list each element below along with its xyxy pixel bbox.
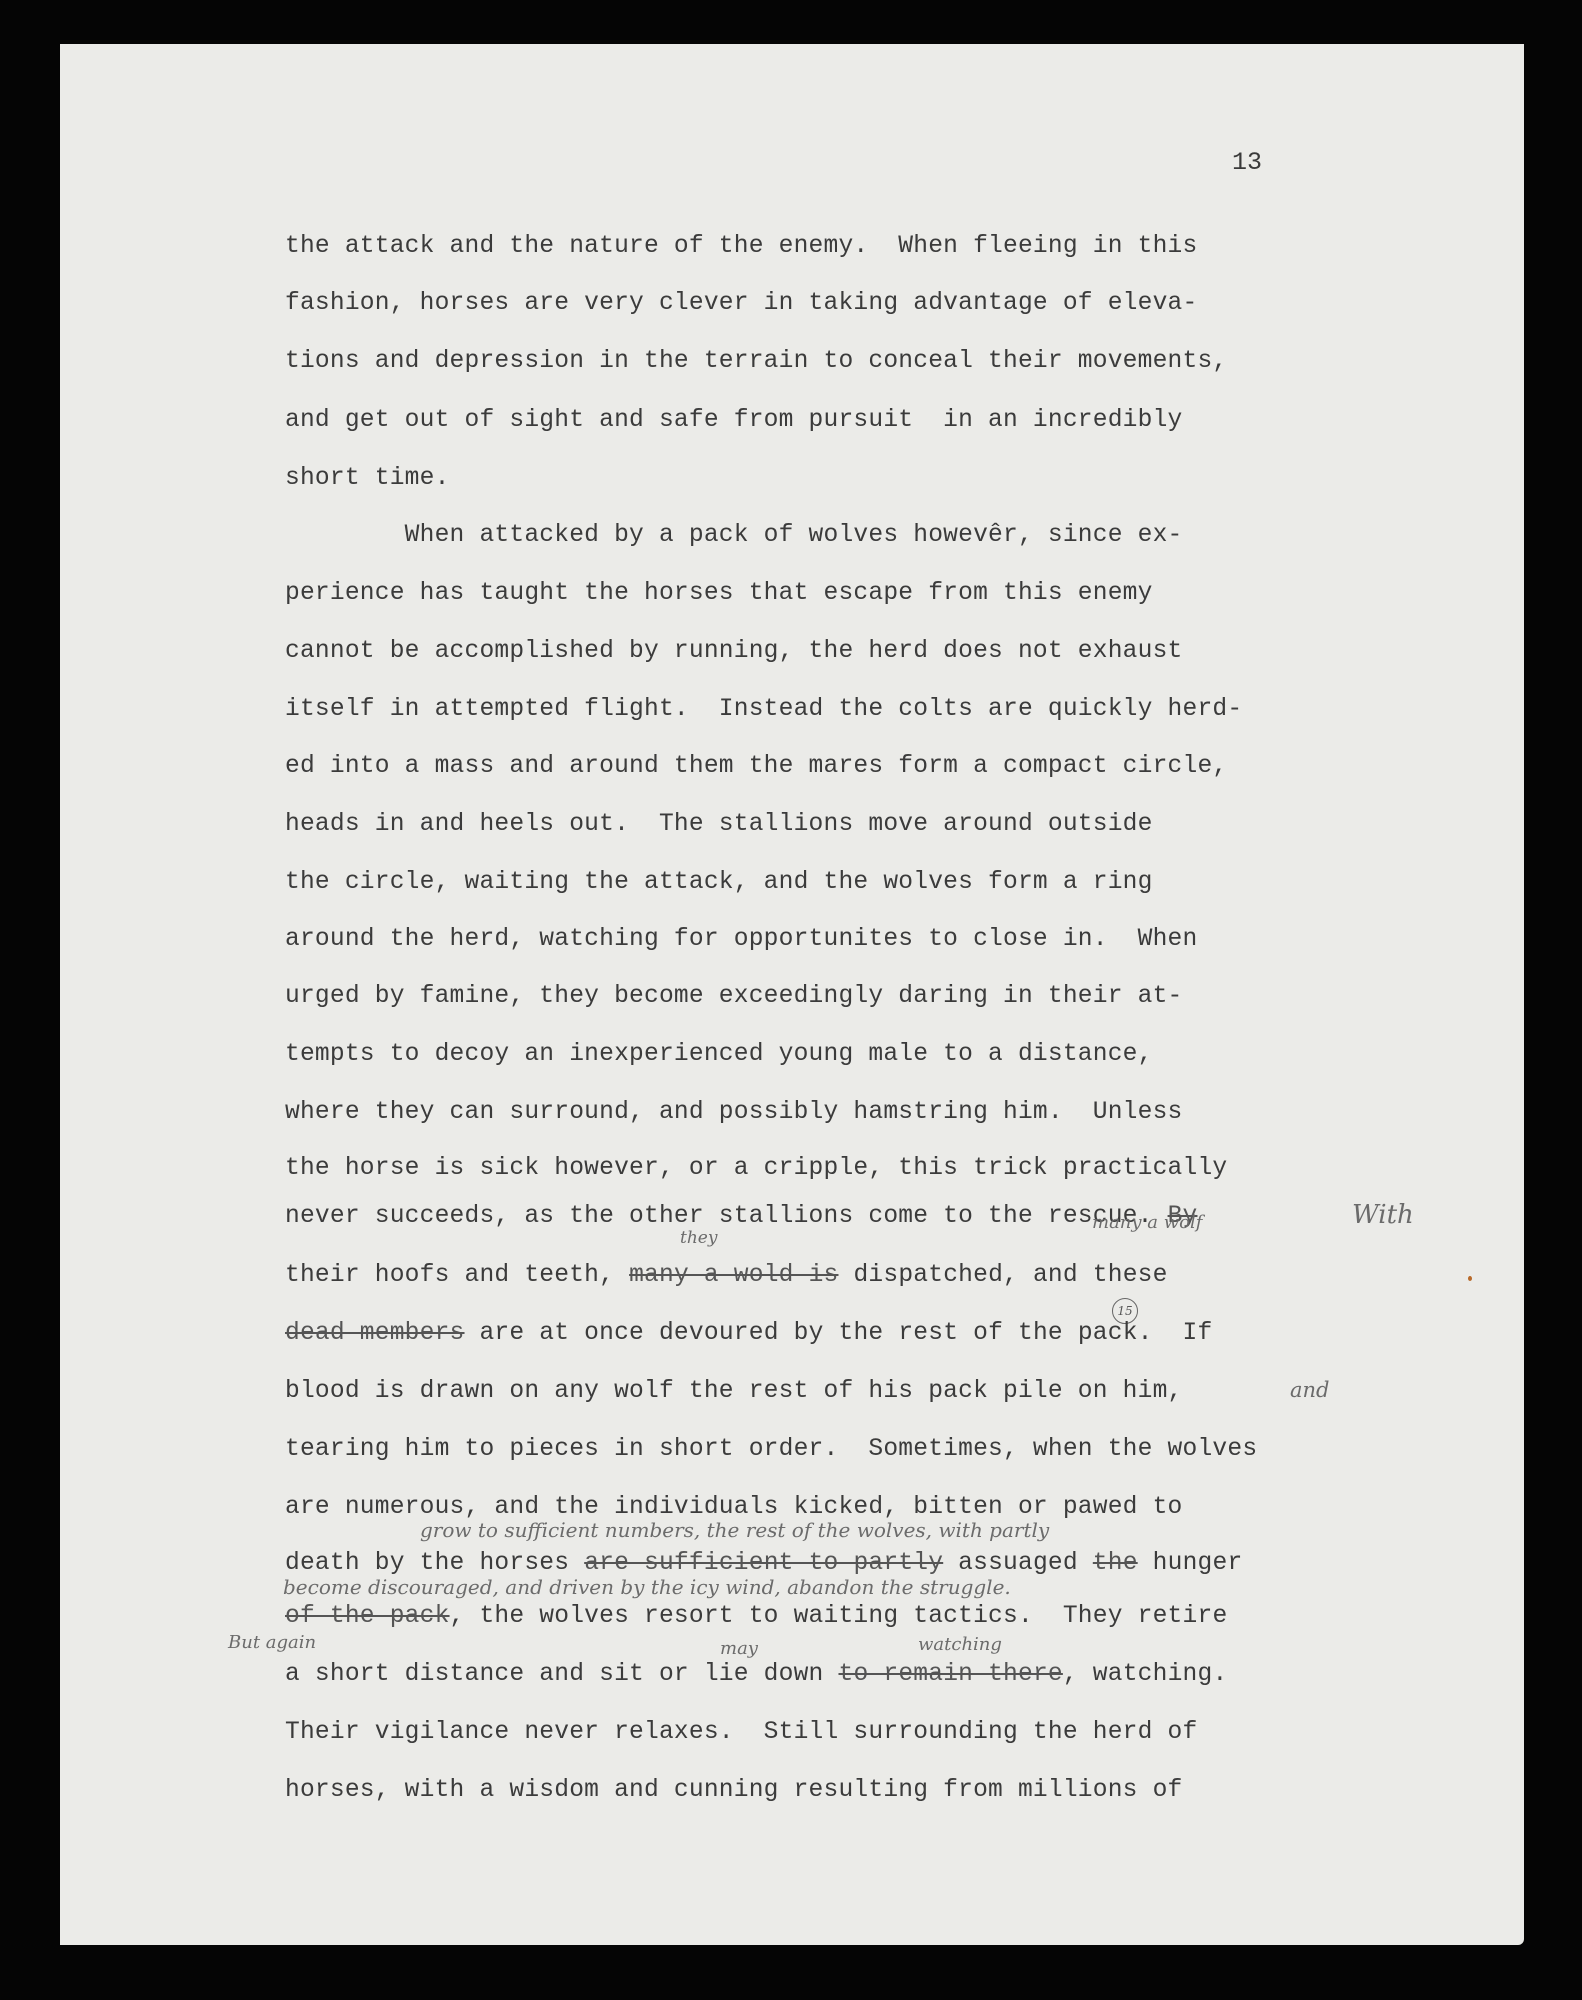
text-line-21: blood is drawn on any wolf the rest of h… — [285, 1378, 1183, 1405]
text-line-8: cannot be accomplished by running, the h… — [285, 638, 1183, 665]
text-line-17: the horse is sick however, or a cripple,… — [285, 1155, 1227, 1182]
annotation-many-a-wolf: many a wolf — [1092, 1212, 1202, 1233]
text-line-9: itself in attempted flight. Instead the … — [285, 696, 1242, 723]
annotation-may: may — [720, 1638, 758, 1659]
annotation-and: and — [1290, 1378, 1330, 1402]
text-line-15: tempts to decoy an inexperienced young m… — [285, 1041, 1153, 1068]
text-line-5: short time. — [285, 465, 450, 492]
annotation-watching: watching — [918, 1634, 1002, 1655]
annotation-grow-line: grow to sufficient numbers, the rest of … — [420, 1518, 1049, 1542]
text-line-1: the attack and the nature of the enemy. … — [285, 233, 1197, 260]
text-line-23: are numerous, and the individuals kicked… — [285, 1494, 1183, 1521]
text-line-12: the circle, waiting the attack, and the … — [285, 869, 1153, 896]
text-line-28: horses, with a wisdom and cunning result… — [285, 1777, 1183, 1804]
text-line-3: tions and depression in the terrain to c… — [285, 348, 1227, 375]
text-line-14: urged by famine, they become exceedingly… — [285, 983, 1183, 1010]
text-line-26: a short distance and sit or lie down to … — [285, 1661, 1227, 1688]
text-line-16: where they can surround, and possibly ha… — [285, 1099, 1183, 1126]
text-line-24: death by the horses are sufficient to pa… — [285, 1550, 1242, 1577]
text-line-13: around the herd, watching for opportunit… — [285, 926, 1197, 953]
text-line-20: dead members are at once devoured by the… — [285, 1320, 1212, 1347]
text-line-6: When attacked by a pack of wolves howevê… — [285, 522, 1183, 549]
annotation-become-line: become discouraged, and driven by the ic… — [283, 1575, 1011, 1599]
text-line-10: ed into a mass and around them the mares… — [285, 753, 1227, 780]
text-line-27: Their vigilance never relaxes. Still sur… — [285, 1719, 1197, 1746]
page-number: 13 — [1232, 148, 1262, 177]
text-line-18: never succeeds, as the other stallions c… — [285, 1203, 1197, 1230]
annotation-with: With — [1352, 1200, 1414, 1230]
text-line-25: of the pack, the wolves resort to waitin… — [285, 1603, 1227, 1630]
text-line-2: fashion, horses are very clever in takin… — [285, 290, 1197, 317]
text-line-19: their hoofs and teeth, many a wold is di… — [285, 1262, 1168, 1289]
text-line-22: tearing him to pieces in short order. So… — [285, 1436, 1257, 1463]
ink-spot — [1468, 1276, 1472, 1281]
text-line-11: heads in and heels out. The stallions mo… — [285, 811, 1153, 838]
text-line-4: and get out of sight and safe from pursu… — [285, 407, 1183, 434]
annotation-they: they — [680, 1228, 717, 1248]
text-line-7: perience has taught the horses that esca… — [285, 580, 1153, 607]
annotation-but-again: But again — [228, 1632, 316, 1653]
